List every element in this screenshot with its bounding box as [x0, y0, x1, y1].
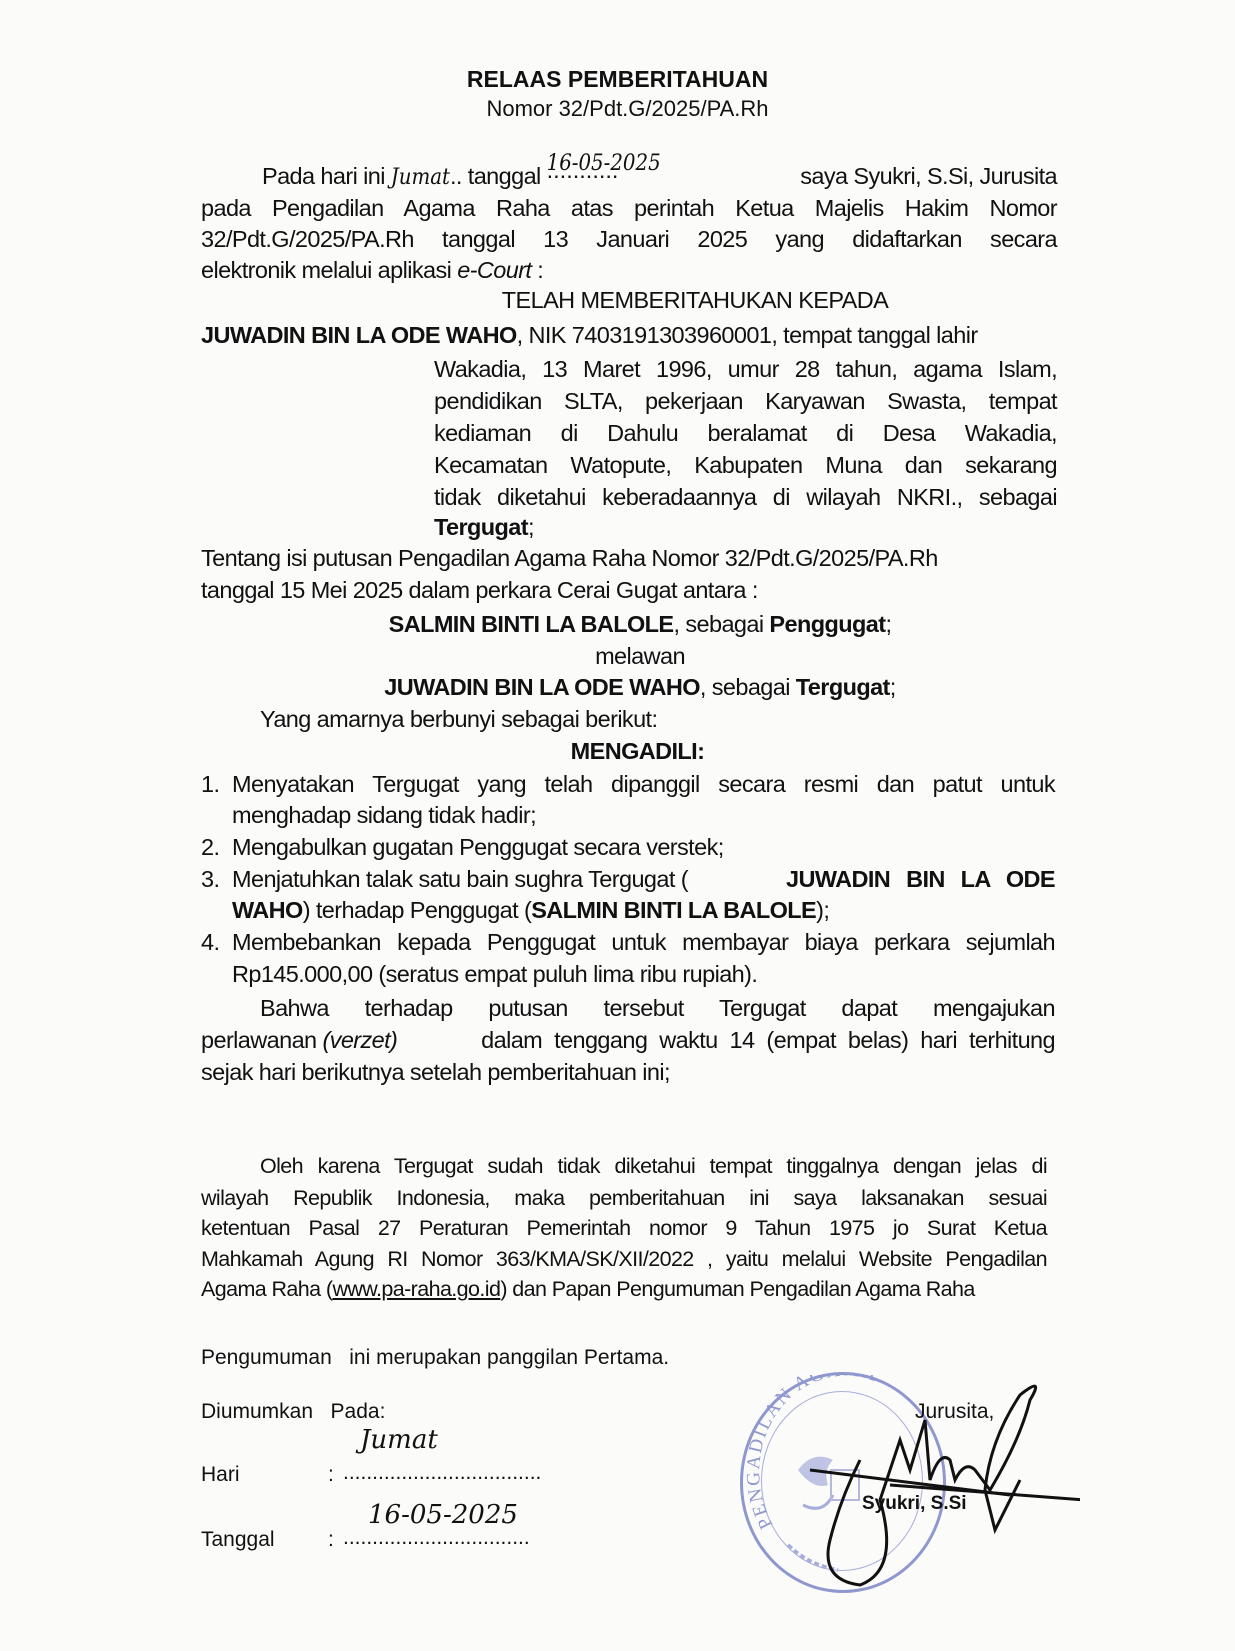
melawan: melawan: [200, 643, 1080, 670]
amar-intro: Yang amarnya berbunyi sebagai berikut:: [260, 706, 657, 733]
ecourt-label: e-Court: [457, 257, 531, 283]
hari-label: Hari: [201, 1463, 240, 1487]
amar-item-3-cont: WAHO) terhadap Penggugat (SALMIN BINTI L…: [232, 897, 829, 924]
plaintiff-name: SALMIN BINTI LA BALOLE: [389, 611, 674, 637]
amar-item-2-number: 2.: [201, 834, 219, 861]
handwritten-date: 16-05-2025: [547, 151, 661, 176]
putusan-line-1: Tentang isi putusan Pengadilan Agama Rah…: [201, 545, 938, 572]
hari-dots: ..................................: [343, 1461, 541, 1485]
alasan-line-3: ketentuan Pasal 27 Peraturan Pemerintah …: [201, 1216, 1047, 1241]
hari-handwritten: Jumat: [360, 1425, 438, 1455]
notice-heading: TELAH MEMBERITAHUKAN KEPADA: [300, 287, 1090, 314]
tanggal-colon: :: [328, 1528, 334, 1552]
notice-line-1: JUWADIN BIN LA ODE WAHO , NIK 7403191303…: [201, 322, 1059, 349]
document-title: RELAAS PEMBERITAHUAN: [0, 66, 1235, 93]
intro-line-3: 32/Pdt.G/2025/PA.Rh tanggal 13 Januari 2…: [201, 226, 1057, 253]
notice-line-6: tidak diketahui keberadaannya di wilayah…: [434, 484, 1057, 511]
amar-item-4-number: 4.: [201, 929, 219, 956]
alasan-line-2: wilayah Republik Indonesia, maka pemberi…: [201, 1186, 1047, 1211]
mengadili-heading: MENGADILI:: [200, 738, 1075, 765]
notice-line-5: Kecamatan Watopute, Kabupaten Muna dan s…: [434, 452, 1057, 479]
website-link[interactable]: www.pa-raha.go.id: [332, 1277, 500, 1301]
amar-item-1: Menyatakan Tergugat yang telah dipanggil…: [232, 771, 1055, 798]
amar-item-1-cont: menghadap sidang tidak hadir;: [232, 802, 536, 829]
plaintiff-line: SALMIN BINTI LA BALOLE, sebagai Pengguga…: [200, 611, 1080, 638]
intro-line-4: elektronik melalui aplikasi e-Court :: [201, 257, 543, 284]
notice-line-3: pendidikan SLTA, pekerjaan Karyawan Swas…: [434, 388, 1057, 415]
amar-item-4-cont: Rp145.000,00 (seratus empat puluh lima r…: [232, 961, 757, 988]
putusan-line-2: tanggal 15 Mei 2025 dalam perkara Cerai …: [201, 577, 758, 604]
verzet-line-1: Bahwa terhadap putusan tersebut Tergugat…: [260, 995, 1055, 1022]
amar-item-4: Membebankan kepada Penggugat untuk memba…: [232, 929, 1055, 956]
tanggal-handwritten: 16-05-2025: [368, 1500, 518, 1530]
signature-scribble-icon: [760, 1380, 1080, 1590]
amar-item-3-number: 3.: [201, 866, 219, 893]
verzet-line-2: perlawanan (verzet) dalam tenggang waktu…: [201, 1027, 1055, 1054]
diumumkan-label: Diumumkan Pada:: [201, 1400, 385, 1424]
intro-line-2: pada Pengadilan Agama Raha atas perintah…: [201, 195, 1057, 222]
hari-colon: :: [328, 1463, 334, 1487]
notice-line-7: Tergugat;: [434, 514, 534, 541]
verzet-line-3: sejak hari berikutnya setelah pemberitah…: [201, 1059, 670, 1086]
tanggal-label: Tanggal: [201, 1528, 275, 1552]
amar-item-3: Menjatuhkan talak satu bain sughra Tergu…: [232, 866, 1055, 893]
pengumuman-text: Pengumuman ini merupakan panggilan Perta…: [201, 1346, 669, 1370]
alasan-line-4: Mahkamah Agung RI Nomor 363/KMA/SK/XII/2…: [201, 1247, 1047, 1272]
notice-line-2: Wakadia, 13 Maret 1996, umur 28 tahun, a…: [434, 356, 1057, 383]
amar-item-2: Mengabulkan gugatan Penggugat secara ver…: [232, 834, 724, 861]
case-number: Nomor 32/Pdt.G/2025/PA.Rh: [0, 96, 1235, 122]
handwritten-day: Jumat: [391, 165, 450, 190]
defendant-line: JUWADIN BIN LA ODE WAHO, sebagai Terguga…: [200, 674, 1080, 701]
notice-line-4: kediaman di Dahulu beralamat di Desa Wak…: [434, 420, 1057, 447]
defendant-name: JUWADIN BIN LA ODE WAHO: [201, 322, 517, 349]
intro-line-1: Pada hari ini Jumat .. tanggal 16-05-202…: [262, 157, 1057, 190]
signer-name: Syukri, S.Si: [862, 1493, 967, 1515]
alasan-line-1: Oleh karena Tergugat sudah tidak diketah…: [260, 1154, 1047, 1179]
amar-item-1-number: 1.: [201, 771, 219, 798]
alasan-line-5: Agama Raha (www.pa-raha.go.id) dan Papan…: [201, 1277, 975, 1302]
